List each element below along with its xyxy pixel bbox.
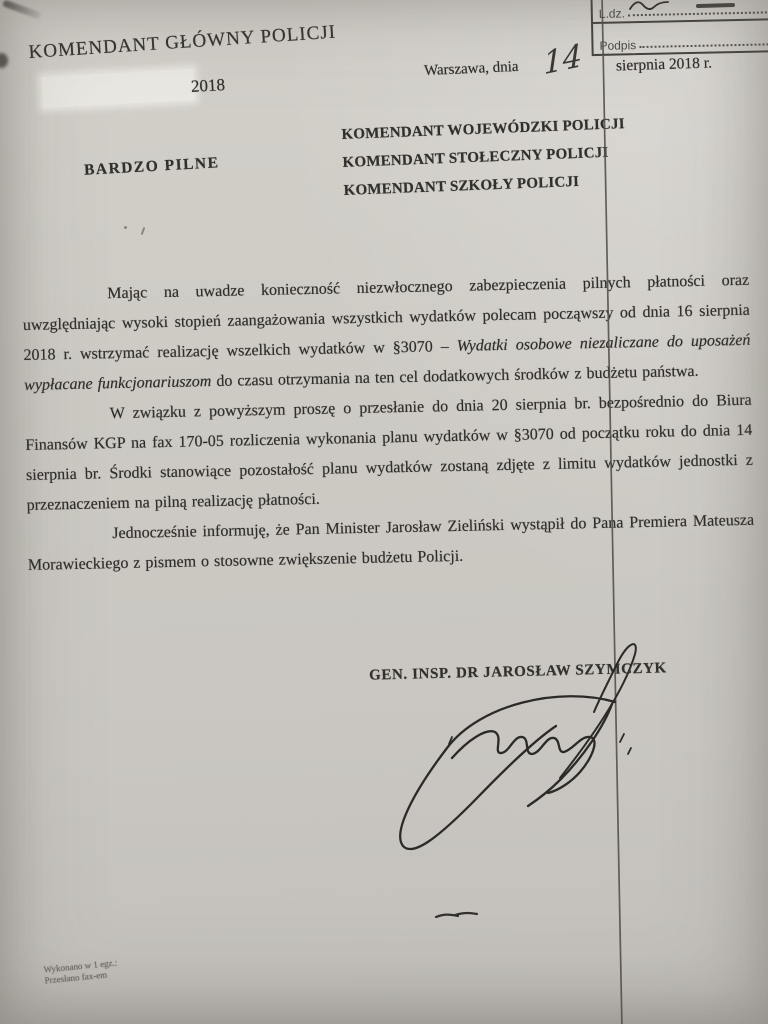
- dotted-line: [639, 35, 768, 48]
- redacted-reference-number: [41, 69, 194, 108]
- registry-stamp-box: L.dz. Podpis: [590, 0, 768, 56]
- podpis-row: Podpis: [593, 18, 768, 54]
- ink-speck: [124, 226, 127, 229]
- paragraph-1-tail: do czasu otrzymania na ten cel dodatkowy…: [211, 363, 699, 390]
- ink-speck: [141, 227, 146, 235]
- paragraph-1: Mając na uwadze konieczność niezwłoczneg…: [22, 266, 751, 401]
- letter-body: Mając na uwadze konieczność niezwłoczneg…: [22, 266, 755, 581]
- signatory-name: GEN. INSP. DR JAROSŁAW SZYMCZYK: [352, 660, 684, 685]
- podpis-label: Podpis: [599, 39, 636, 52]
- paragraph-2: W związku z powyższym proszę o przesłani…: [25, 386, 754, 521]
- footer-annotation: Wykonano w 1 egz.: Przesłano fax-em: [43, 958, 119, 987]
- scanned-letter-page: L.dz. Podpis KOMENDANT GŁÓWNY POLICJI 20…: [0, 0, 768, 1024]
- addressee-block: KOMENDANT WOJEWÓDZKI POLICJI KOMENDANT S…: [341, 110, 627, 205]
- ldz-label: L.dz.: [599, 7, 625, 20]
- date-suffix: sierpnia 2018 r.: [616, 54, 713, 75]
- reference-year: 2018: [190, 75, 225, 97]
- handwritten-day: 14: [543, 38, 583, 83]
- scan-smudge: [0, 53, 8, 68]
- place-date-label: Warszawa, dnia: [424, 59, 519, 80]
- scan-smudge: [2, 0, 42, 20]
- dotted-line: [628, 3, 768, 16]
- handwritten-dash: [436, 913, 477, 917]
- sender-title: KOMENDANT GŁÓWNY POLICJI: [28, 22, 337, 64]
- urgency-label: BARDZO PILNE: [84, 154, 220, 180]
